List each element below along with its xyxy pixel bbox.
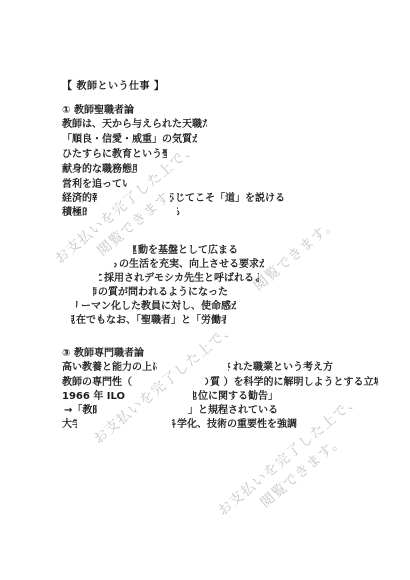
text-segment-label: 教師の専門性（ bbox=[62, 377, 132, 388]
text-segment-label: の生活を充実、向上させる要求 bbox=[119, 259, 259, 270]
page-title: 【 教師という仕事 】 bbox=[62, 77, 164, 92]
text-segment: リーマン化した教員に対し、使命感が bbox=[76, 301, 236, 312]
payment-watermark: 閲覧できます。 bbox=[249, 214, 342, 297]
text-segment-label: ーマン化した教員に対し、使命感 bbox=[81, 301, 231, 312]
text-segment: 大学 bbox=[62, 419, 77, 430]
text-segment-label: 質 ）を科学的に解明しようとする立 bbox=[210, 377, 373, 388]
text-segment-label: 営利を追って bbox=[62, 179, 122, 190]
text-segment: ① 教師聖職者論 bbox=[62, 105, 134, 116]
text-segment: 営利を追ってい bbox=[62, 179, 127, 190]
text-segment-label: 大 bbox=[62, 419, 72, 430]
clipped-glyph-tail: 師 bbox=[92, 405, 97, 416]
text-segment: 教師の専門性（ bbox=[62, 377, 132, 388]
text-segment-label: 在でもなお、「聖職者」と「労働 bbox=[76, 315, 221, 326]
clipped-glyph-tail: 聖 bbox=[162, 149, 167, 160]
text-segment-label: 高い教養と能力の上 bbox=[62, 362, 152, 373]
text-segment-label: 動を基盤として広まる bbox=[138, 245, 238, 256]
watermark-line: 閲覧できます。 bbox=[249, 214, 342, 297]
text-segment: 教師は、天から与えられた天職だ bbox=[62, 119, 207, 130]
text-segment-label: の質が問われるようになった bbox=[98, 287, 228, 298]
text-segment: 科学化、技術の重要性を強調 bbox=[172, 419, 297, 430]
text-segment-label: →「教 bbox=[64, 405, 92, 416]
clipped-glyph-tail: が bbox=[192, 134, 197, 145]
clipped-glyph-tail: 度 bbox=[132, 164, 137, 175]
text-segment: の質 ）を科学的に解明しようとする立場 bbox=[205, 377, 378, 388]
document-page: お支払いを完了した上で、閲覧できます。閲覧できます。お支払いを完了した上で、お支… bbox=[0, 0, 410, 580]
text-segment: 地位に関する勧告」 bbox=[193, 391, 278, 402]
text-segment-label: 「順良・信愛・威重」の気質 bbox=[62, 134, 192, 145]
text-segment-label: 」と規程されている bbox=[188, 405, 278, 416]
clipped-glyph-tail: が bbox=[259, 259, 264, 270]
text-segment: 高い教養と能力の上に bbox=[62, 362, 157, 373]
text-segment: 応じてこそ「道」を説ける bbox=[170, 193, 285, 204]
text-segment-label: 経済的 bbox=[62, 193, 92, 204]
clipped-glyph-tail: に bbox=[152, 362, 157, 373]
clipped-glyph-tail: い bbox=[122, 179, 127, 190]
text-segment-label: 1966 年 ILO bbox=[62, 391, 125, 402]
text-segment: →「教師 bbox=[64, 405, 97, 416]
clipped-glyph-tail: だ bbox=[202, 119, 207, 130]
text-segment: 「順良・信愛・威重」の気質が bbox=[62, 134, 197, 145]
clipped-glyph-tail: よ bbox=[254, 273, 259, 284]
clipped-glyph-tail: 学 bbox=[72, 419, 77, 430]
text-segment: らの生活を充実、向上させる要求が bbox=[114, 259, 264, 270]
text-segment: る bbox=[177, 207, 182, 218]
text-segment-label: じてこそ「道」を説ける bbox=[175, 193, 285, 204]
text-segment: された職業という考え方 bbox=[228, 362, 333, 373]
text-segment: に採用されデモシカ先生と呼ばれるよ bbox=[99, 273, 259, 284]
text-segment: 経済的報 bbox=[62, 193, 97, 204]
text-segment-label: 教師は、天から与えられた天職 bbox=[62, 119, 202, 130]
clipped-glyph-tail: が bbox=[231, 301, 236, 312]
text-segment-label: 積極 bbox=[62, 207, 82, 218]
text-segment: ひたすらに教育という聖 bbox=[62, 149, 167, 160]
clipped-glyph-tail: 的 bbox=[82, 207, 87, 218]
text-segment-label: ひたすらに教育という bbox=[62, 149, 162, 160]
text-segment: 師の質が問われるようになった bbox=[93, 287, 228, 298]
clipped-glyph-tail: 報 bbox=[92, 193, 97, 204]
text-segment-label: ③ 教師専門職者論 bbox=[62, 348, 144, 359]
text-segment: 献身的な職務態度 bbox=[62, 164, 137, 175]
text-segment-label: 採用されデモシカ先生と呼ばれる bbox=[104, 273, 254, 284]
text-segment-label: 献身的な職務態 bbox=[62, 164, 132, 175]
text-segment-label: 位に関する勧告」 bbox=[198, 391, 278, 402]
text-segment: 現在でもなお、「聖職者」と「労働者 bbox=[71, 315, 226, 326]
clipped-glyph-tail: 者 bbox=[221, 315, 226, 326]
text-segment: 積極的 bbox=[62, 207, 87, 218]
text-segment-label: れた職業という考え方 bbox=[233, 362, 333, 373]
text-segment: 」と規程されている bbox=[188, 405, 278, 416]
text-segment-label: 学化、技術の重要性を強調 bbox=[177, 419, 297, 430]
clipped-glyph-lead: る bbox=[177, 207, 182, 218]
clipped-glyph-tail: 場 bbox=[373, 377, 378, 388]
text-segment: ③ 教師専門職者論 bbox=[62, 348, 144, 359]
text-segment-label: ① 教師聖職者論 bbox=[62, 105, 134, 116]
text-segment: 1966 年 ILO bbox=[62, 391, 125, 402]
text-segment: 運動を基盤として広まる bbox=[133, 245, 238, 256]
